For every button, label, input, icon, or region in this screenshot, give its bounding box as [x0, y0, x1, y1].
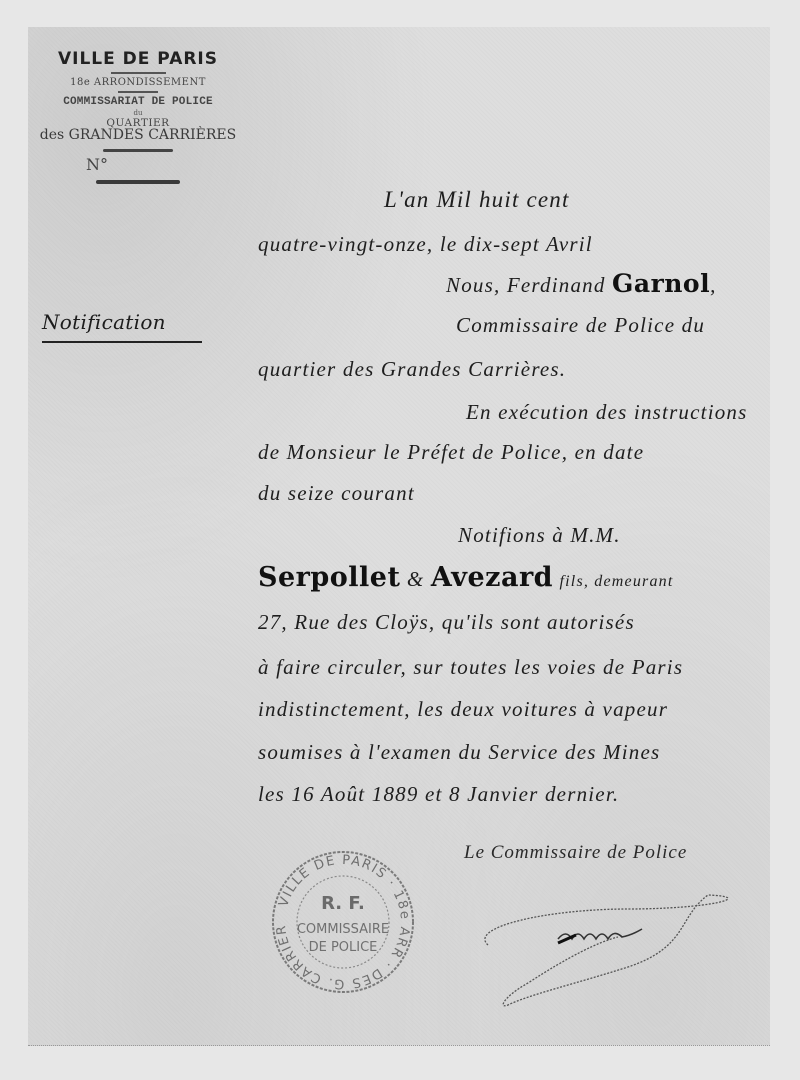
- ampersand: &: [407, 567, 425, 591]
- body-line: 27, Rue des Cloÿs, qu'ils sont autorisés: [258, 610, 635, 635]
- body-line: L'an Mil huit cent: [384, 187, 570, 213]
- letterhead-divider: [118, 91, 158, 93]
- body-line: Commissaire de Police du: [456, 313, 705, 338]
- letterhead-commissariat: COMMISSARIAT DE POLICE: [28, 96, 248, 108]
- svg-text:R. F.: R. F.: [321, 893, 365, 914]
- body-line: indistinctement, les deux voitures à vap…: [258, 697, 668, 722]
- svg-text:COMMISSAIRE: COMMISSAIRE: [297, 922, 389, 937]
- body-line: du seize courant: [258, 481, 415, 506]
- letterhead-arrondissement: 18e ARRONDISSEMENT: [28, 77, 248, 88]
- body-line: Notifions à M.M.: [458, 523, 621, 548]
- body-text: fils: [560, 573, 584, 590]
- letterhead: VILLE DE PARIS 18e ARRONDISSEMENT COMMIS…: [28, 49, 248, 187]
- letterhead-du: du: [28, 109, 248, 117]
- body-text: Nous, Ferdinand: [446, 273, 612, 297]
- recipient-name: Avezard: [431, 562, 553, 593]
- body-line: soumises à l'examen du Service des Mines: [258, 740, 660, 765]
- handwritten-signature-icon: [458, 887, 758, 1007]
- letterhead-ornament: [103, 149, 173, 152]
- body-text: ,: [710, 273, 716, 297]
- letterhead-number-row: N°: [28, 155, 248, 177]
- body-text: , demeurant: [584, 573, 674, 590]
- body-line: Nous, Ferdinand Garnol,: [446, 269, 717, 298]
- body-line: de Monsieur le Préfet de Police, en date: [258, 440, 644, 465]
- stamp-seal-icon: VILLE DE PARIS · 18e ARR · DES G. CARRIE…: [268, 847, 418, 997]
- letterhead-number-label: N°: [86, 155, 108, 174]
- body-line: les 16 Août 1889 et 8 Janvier dernier.: [258, 782, 619, 807]
- official-stamp: VILLE DE PARIS · 18e ARR · DES G. CARRIE…: [268, 847, 418, 997]
- letterhead-city: VILLE DE PARIS: [28, 49, 248, 69]
- body-line: Serpollet & Avezard fils, demeurant: [258, 562, 674, 593]
- margin-note-underline: [42, 341, 202, 343]
- svg-text:VILLE DE PARIS · 18e ARR · DES: VILLE DE PARIS · 18e ARR · DES G. CARRIE…: [268, 847, 412, 991]
- letterhead-divider: [111, 72, 166, 74]
- svg-text:DE POLICE: DE POLICE: [309, 940, 378, 955]
- letterhead-district: des GRANDES CARRIÈRES: [28, 127, 248, 143]
- document-page: VILLE DE PARIS 18e ARRONDISSEMENT COMMIS…: [28, 27, 770, 1046]
- body-line: En exécution des instructions: [466, 400, 748, 425]
- signature-title: Le Commissaire de Police: [464, 842, 687, 864]
- margin-note: Notification: [42, 310, 166, 334]
- body-line: à faire circuler, sur toutes les voies d…: [258, 655, 683, 680]
- body-line: quatre-vingt-onze, le dix-sept Avril: [258, 232, 593, 257]
- body-line: quartier des Grandes Carrières.: [258, 357, 566, 382]
- recipient-name: Serpollet: [258, 562, 400, 593]
- letterhead-ornament: [96, 180, 180, 184]
- signature: [458, 887, 758, 1007]
- commissioner-name: Garnol: [612, 269, 710, 298]
